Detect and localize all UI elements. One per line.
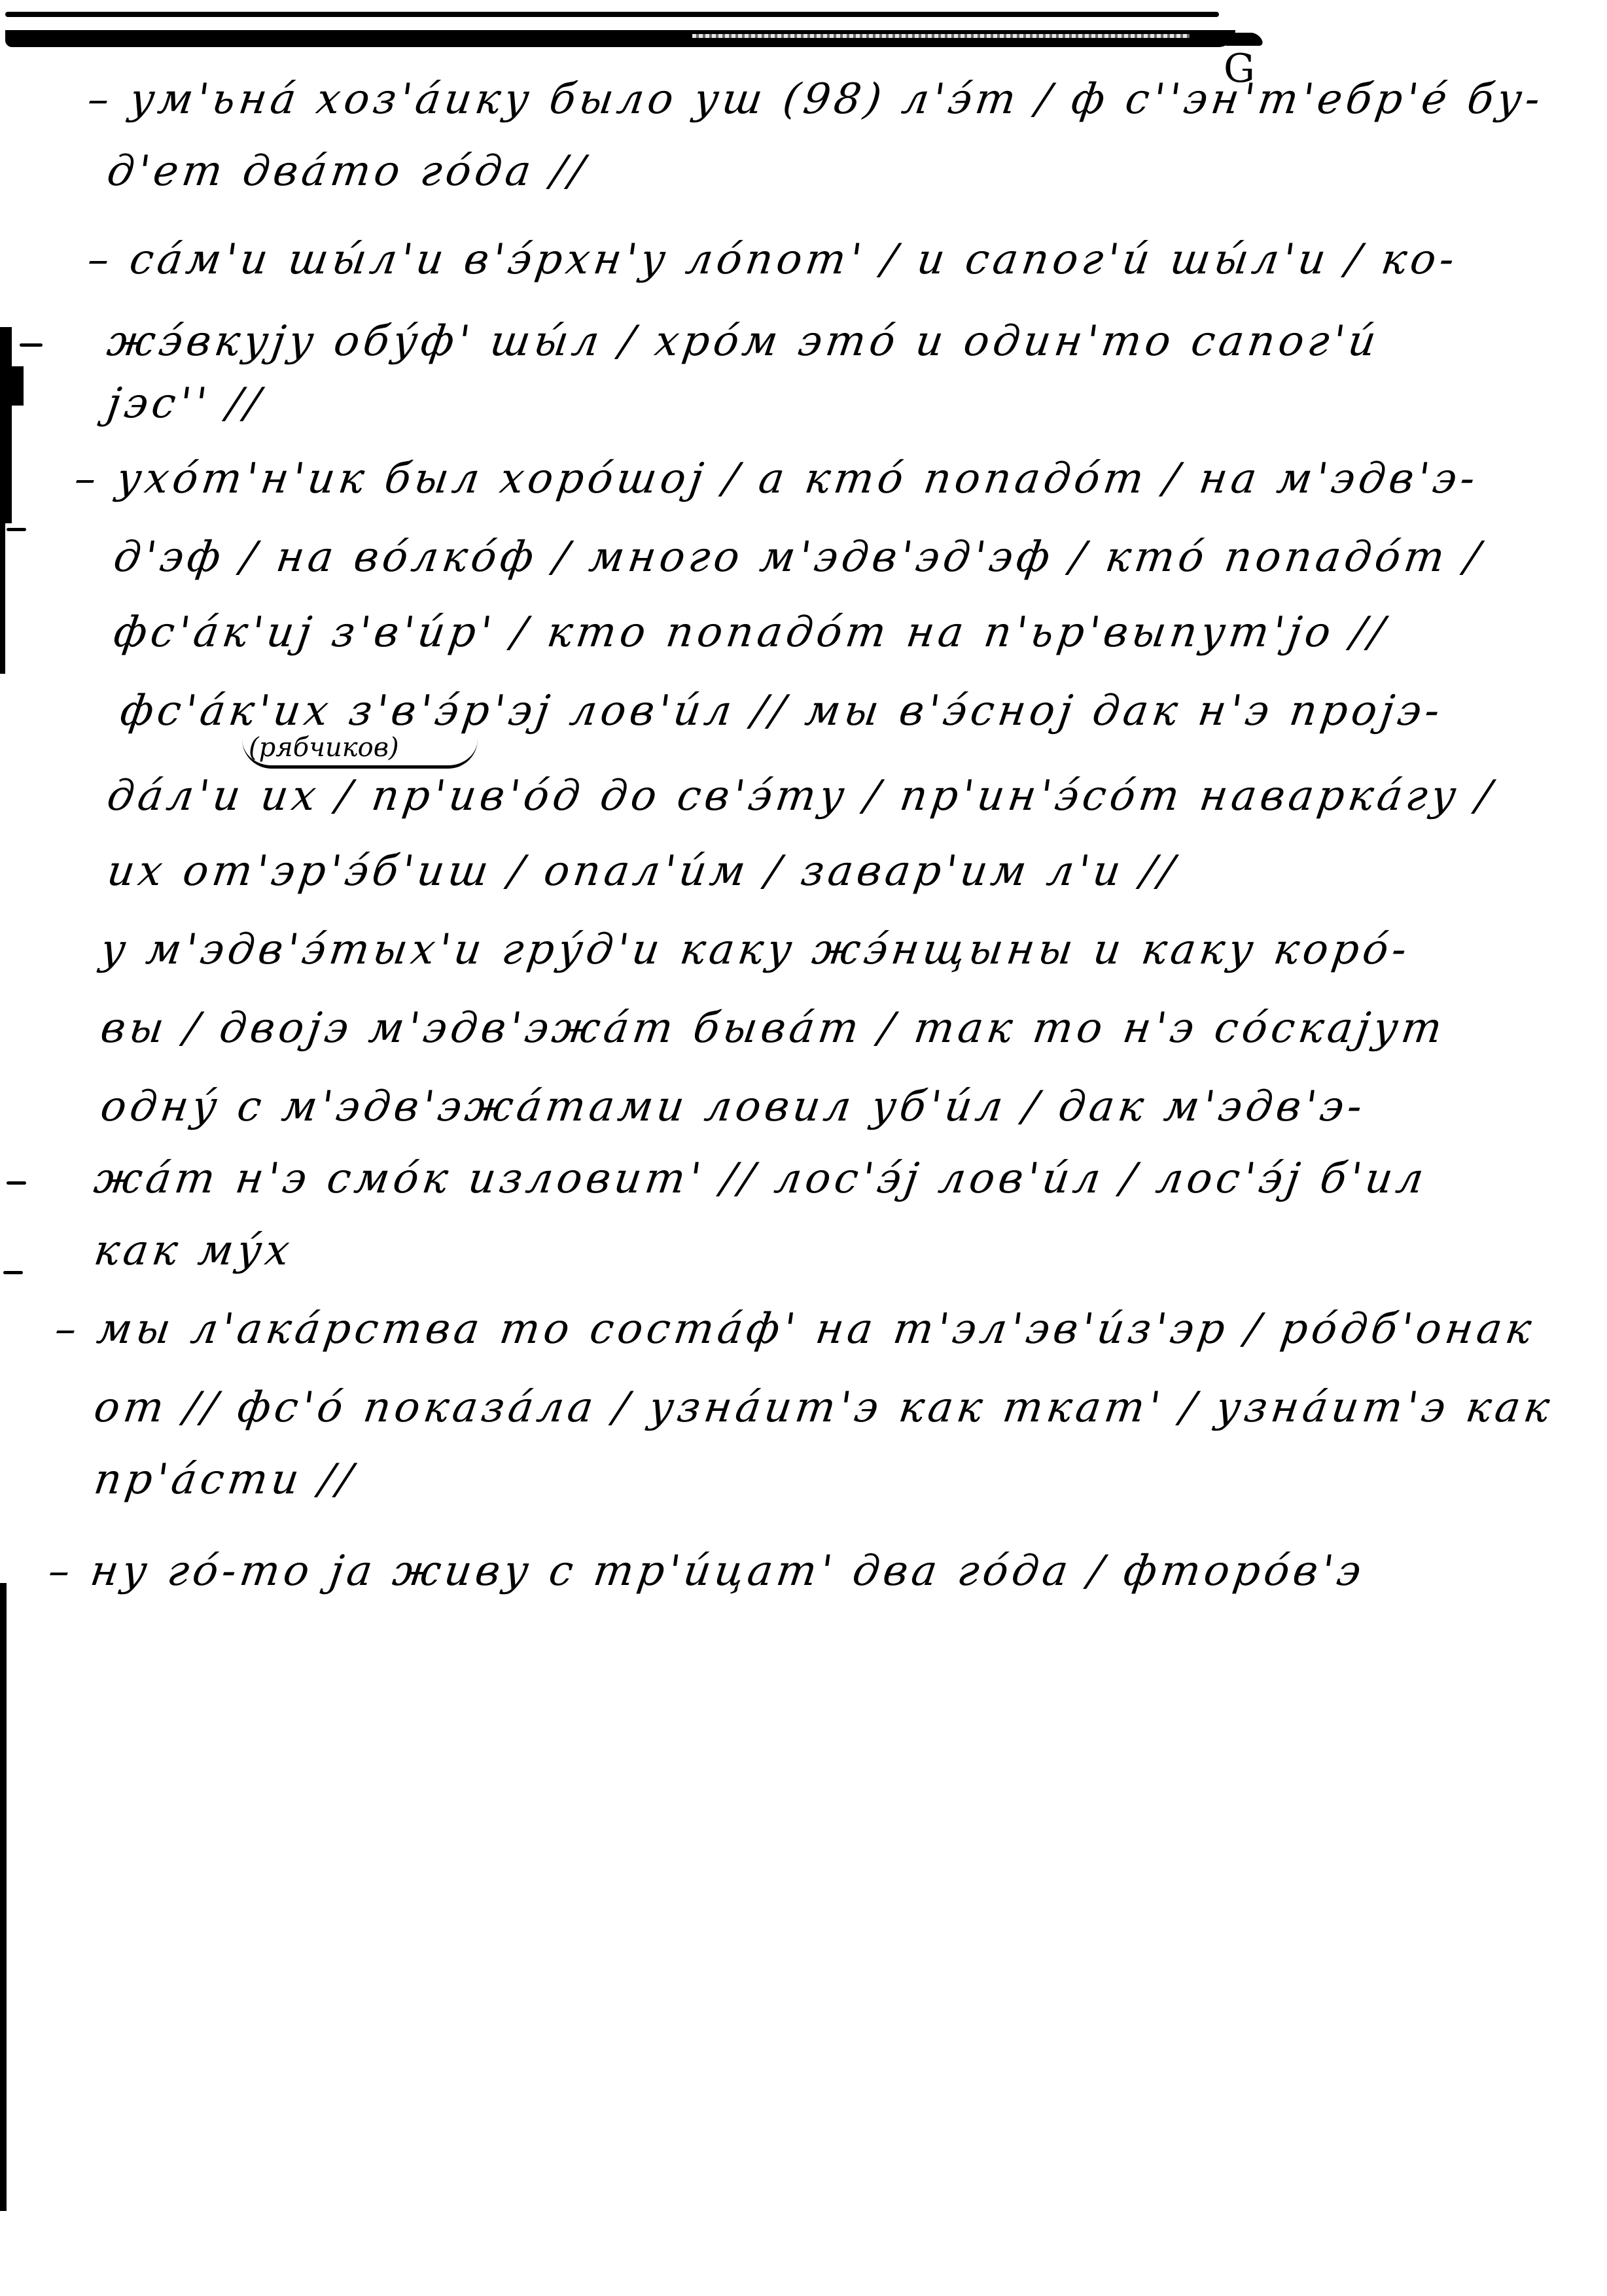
text-line-7: д'эф / на во́лко́ф / много м'эдв'эд'эф /… <box>111 536 1486 578</box>
margin-arrow-mark <box>7 1181 26 1185</box>
margin-arrow-mark <box>7 528 26 531</box>
left-scan-shadow <box>0 327 12 523</box>
text-line-6: – ухо́т'н'ик был хоро́шоj / а кто́ попад… <box>72 458 1481 500</box>
text-line-15: жа́т н'э смо́к изловит' // лос'э́j лов'и… <box>92 1158 1430 1200</box>
text-line-1: – ум'ьна́ хоз'а́ику было уш (98) л'э́т /… <box>85 78 1546 120</box>
book-edge-scan-noise <box>692 34 1190 38</box>
text-line-17: – мы л'ака́рства то соста́ф' на т'эл'эв'… <box>52 1308 1538 1350</box>
text-line-9: фс'а́к'их з'в'э́р'эj лов'и́л // мы в'э́с… <box>118 690 1446 732</box>
scanned-page: G – ум'ьна́ хоз'а́ику было уш (98) л'э́т… <box>0 0 1607 2296</box>
left-scan-shadow <box>0 1583 7 2211</box>
book-edge-thick-line <box>5 30 1235 47</box>
book-edge-band <box>5 12 1255 44</box>
text-line-18: от // фс'о́ показа́ла / узна́ит'э как тк… <box>92 1387 1556 1429</box>
text-line-11: их от'эр'э́б'иш / опал'и́м / завар'им л'… <box>105 850 1180 892</box>
left-scan-shadow <box>0 366 24 406</box>
text-line-14: одну́ с м'эдв'эжа́тами ловил уб'и́л / да… <box>98 1086 1369 1128</box>
text-line-5: jэс'' // <box>105 383 266 425</box>
text-line-4: жэ́вкуjу обу́ф' шы́л / хро́м это́ и один… <box>105 321 1382 362</box>
text-line-2: д'ет два́то го́да // <box>105 150 591 192</box>
text-line-13: вы / двоjэ м'эдв'эжа́т быва́т / так то н… <box>98 1007 1448 1049</box>
text-line-16: как му́х <box>92 1230 296 1272</box>
text-line-12: у м'эдв'э́тых'и гру́д'и каку жэ́нщыны и … <box>98 929 1413 971</box>
text-line-19: пр'а́сти // <box>92 1459 359 1501</box>
margin-arrow-mark <box>20 343 43 347</box>
text-line-3: – са́м'и шы́л'и в'э́рхн'у ло́пот' / и са… <box>85 239 1460 281</box>
left-scan-shadow <box>0 517 5 674</box>
annotation-brace <box>242 739 478 769</box>
margin-arrow-mark <box>3 1271 23 1274</box>
book-edge-thin-line <box>5 12 1219 17</box>
text-line-20: – ну го́-то jа живу с тр'и́цат' два го́д… <box>46 1550 1368 1592</box>
text-line-8: фс'а́к'иj з'в'и́р' / кто попадо́т на п'ь… <box>111 612 1390 653</box>
text-line-10: да́л'и их / пр'ив'о́д до св'э́ту / пр'ин… <box>105 775 1498 817</box>
